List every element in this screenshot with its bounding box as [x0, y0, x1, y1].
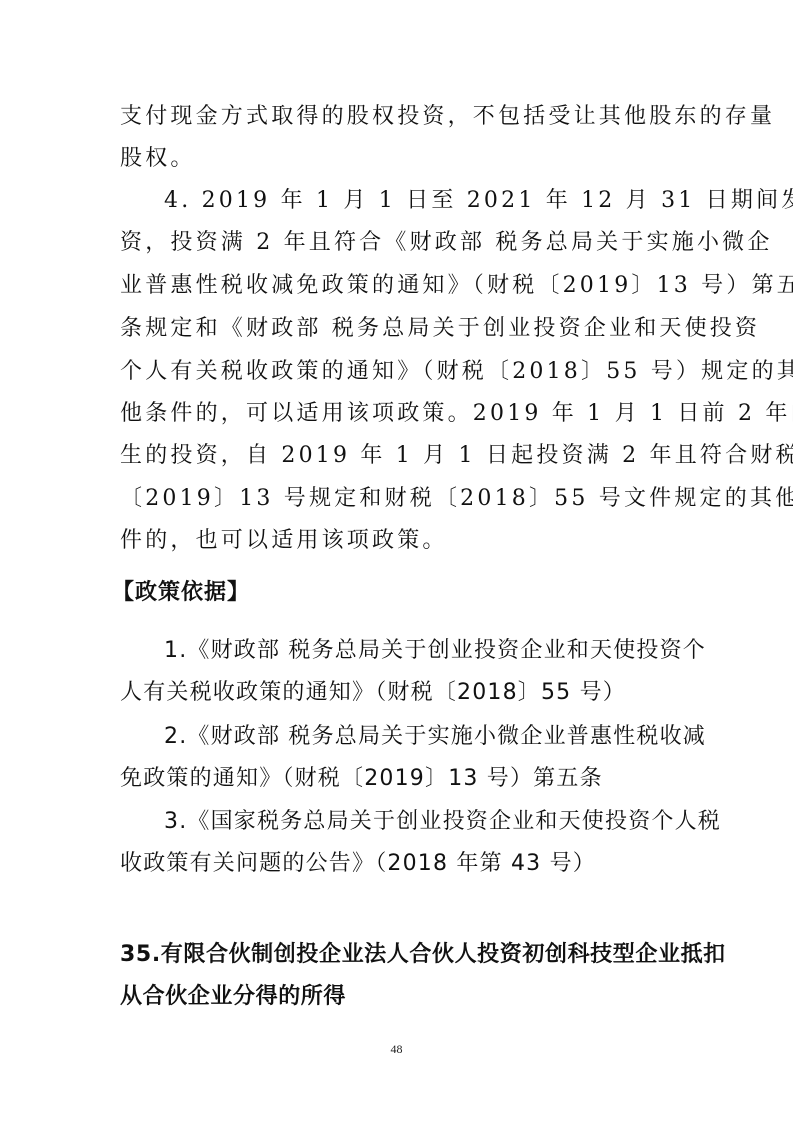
section-title: 35.有限合伙制创投企业法人合伙人投资初创科技型企业抵扣	[120, 942, 674, 968]
body-text-line: 个人有关税收政策的通知》（财税〔2018〕55 号）规定的其	[120, 359, 674, 385]
policy-basis-heading: 【政策依据】	[112, 580, 666, 606]
body-text-line: 条规定和《财政部 税务总局关于创业投资企业和天使投资	[120, 316, 674, 342]
body-text-line: 资，投资满 2 年且符合《财政部 税务总局关于实施小微企	[120, 230, 674, 256]
body-text-line: 生的投资，自 2019 年 1 月 1 日起投资满 2 年且符合财税	[120, 443, 674, 469]
policy-basis-item-3-cont: 收政策有关问题的公告》（2018 年第 43 号）	[120, 851, 674, 877]
policy-basis-item-2-cont: 免政策的通知》（财税〔2019〕13 号）第五条	[120, 766, 674, 792]
policy-basis-item-3: 3.《国家税务总局关于创业投资企业和天使投资个人税	[164, 809, 674, 835]
policy-basis-item-1-cont: 人有关税收政策的通知》（财税〔2018〕55 号）	[120, 680, 674, 706]
body-text-line: 股权。	[120, 146, 674, 172]
document-page: 支付现金方式取得的股权投资，不包括受让其他股东的存量 股权。 4. 2019 年…	[0, 0, 793, 1122]
body-text-line: 件的，也可以适用该项政策。	[120, 528, 674, 554]
policy-basis-item-2: 2.《财政部 税务总局关于实施小微企业普惠性税收减	[164, 724, 674, 750]
page-number: 48	[0, 1042, 793, 1057]
body-text-line: 支付现金方式取得的股权投资，不包括受让其他股东的存量	[120, 104, 674, 130]
body-text-line: 4. 2019 年 1 月 1 日至 2021 年 12 月 31 日期间发生的…	[164, 188, 674, 214]
body-text-line: 他条件的，可以适用该项政策。2019 年 1 月 1 日前 2 年内发	[120, 401, 674, 427]
section-title-cont: 从合伙企业分得的所得	[120, 984, 674, 1010]
body-text-line: 〔2019〕13 号规定和财税〔2018〕55 号文件规定的其他条	[120, 486, 674, 512]
policy-basis-item-1: 1.《财政部 税务总局关于创业投资企业和天使投资个	[164, 638, 674, 664]
body-text-line: 业普惠性税收减免政策的通知》（财税〔2019〕13 号）第五	[120, 273, 674, 299]
